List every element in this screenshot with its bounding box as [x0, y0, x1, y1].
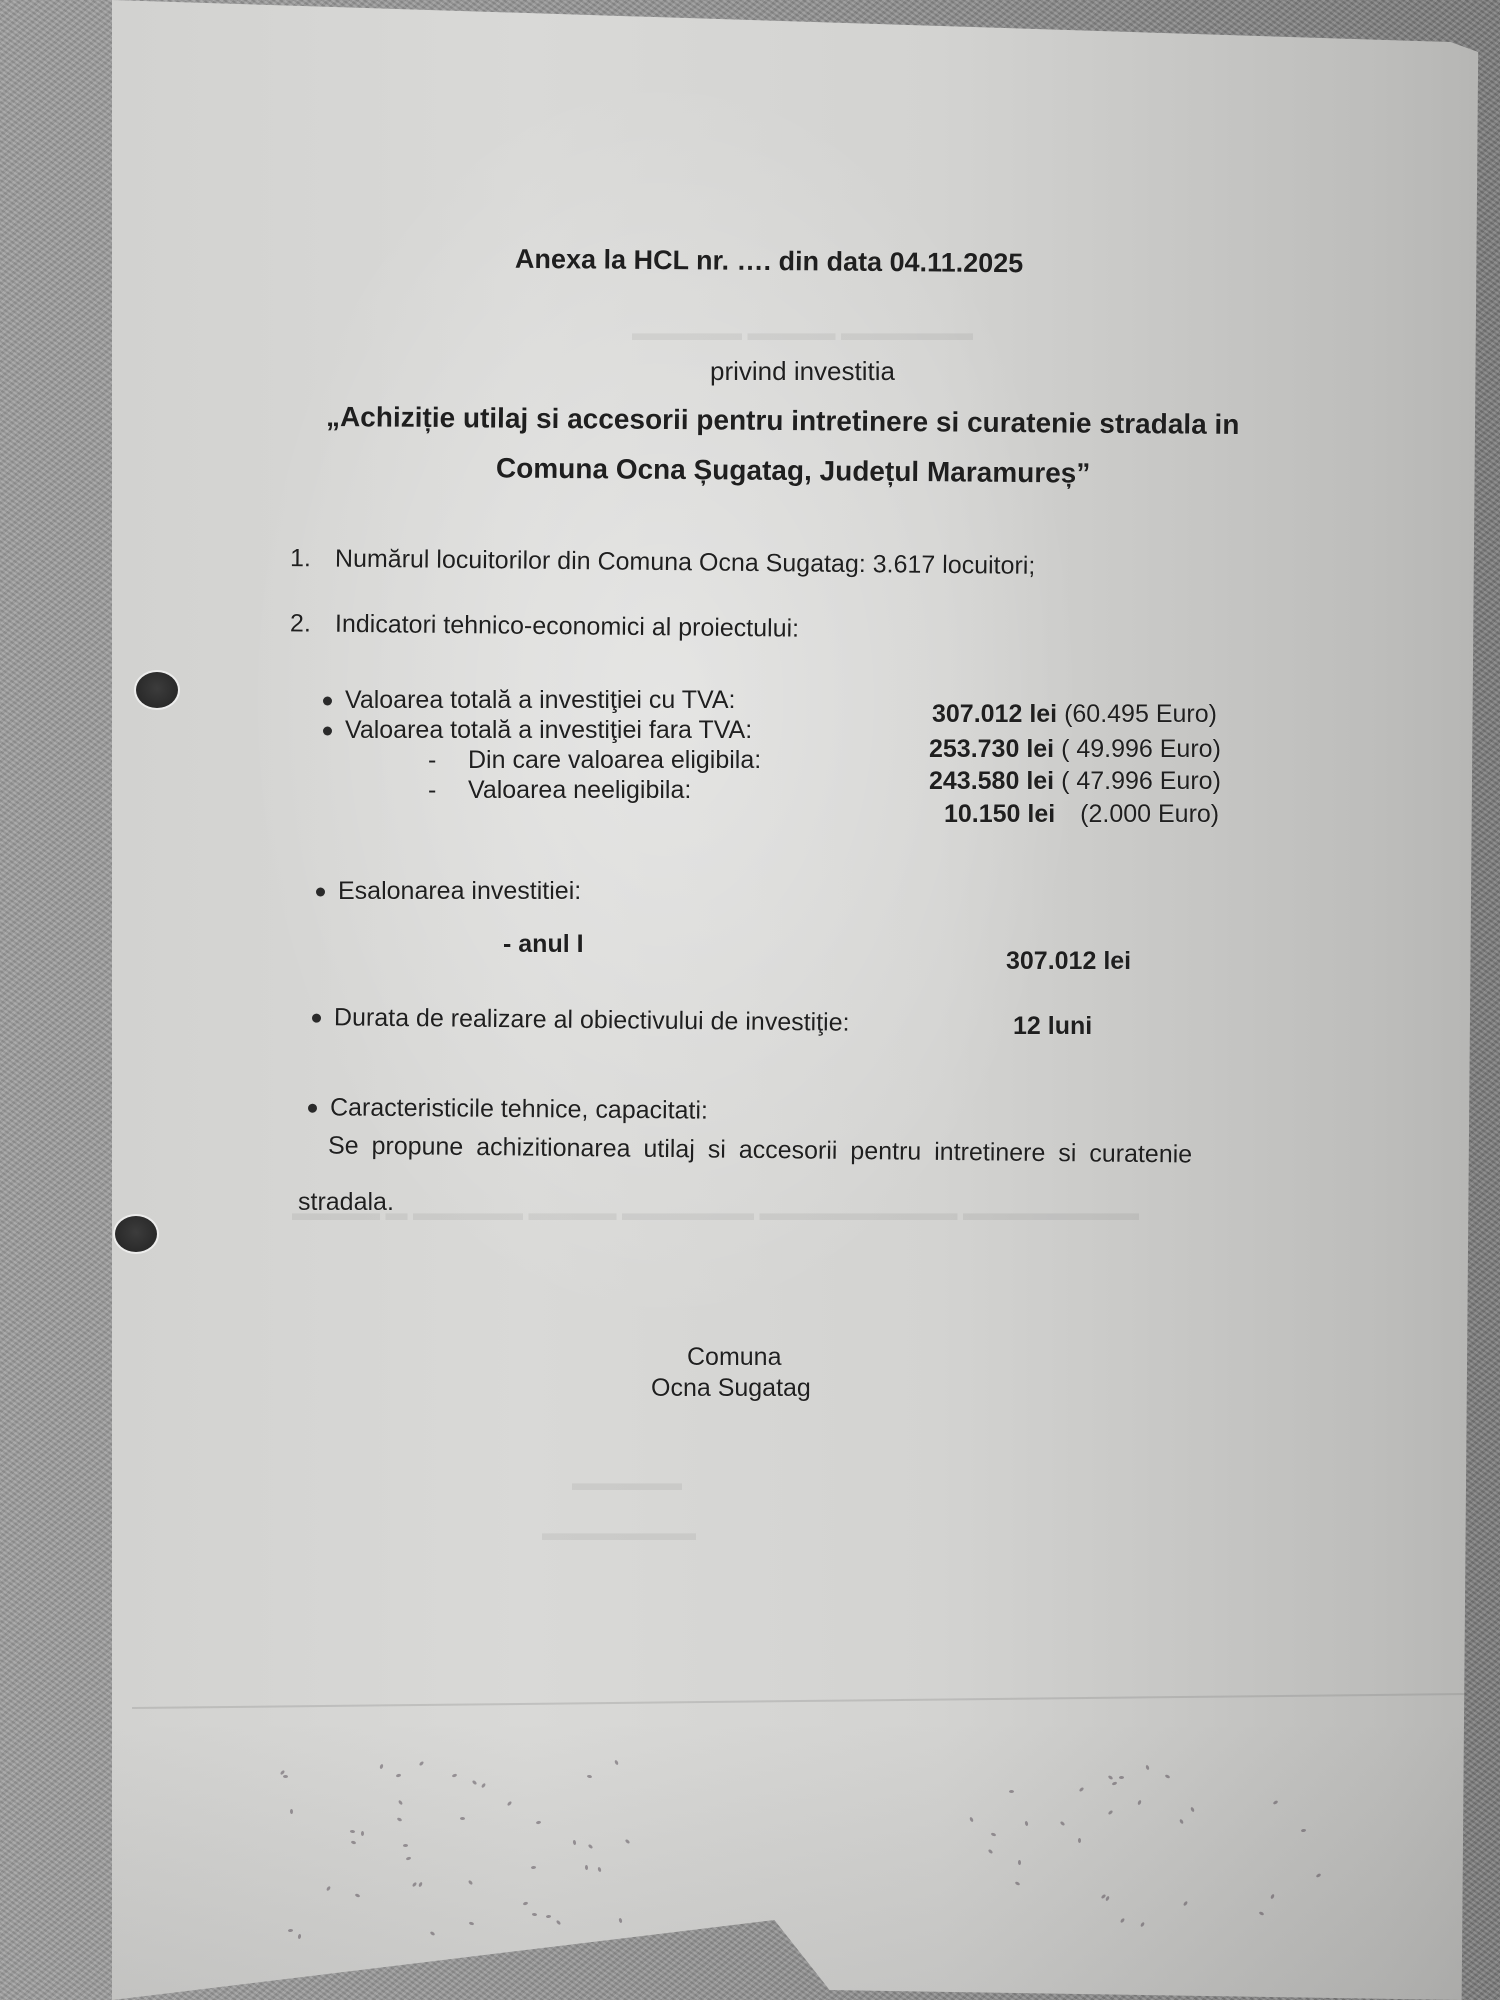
signature-line-1: Comuna	[687, 1343, 782, 1372]
document-content: Anexa la HCL nr. …. din data 04.11.2025 …	[0, 0, 1500, 2000]
project-name-line-1: „Achiziție utilaj si accesorii pentru in…	[326, 401, 1240, 441]
numbered-item: 1. Numărul locuitorilor din Comuna Ocna …	[290, 544, 1036, 581]
duration-text: Durata de realizare al obiectivului de i…	[334, 1003, 850, 1036]
indicator-value: 10.150 lei (2.000 Euro)	[944, 800, 1219, 829]
numbered-item: 2. Indicatori tehnico-economici al proie…	[290, 609, 799, 643]
value-eur: (2.000 Euro)	[1080, 800, 1219, 828]
item-number: 2.	[290, 609, 328, 638]
value-lei: 10.150 lei	[944, 800, 1055, 828]
duration-value: 12 luni	[1013, 1012, 1092, 1041]
dash-marker: -	[428, 776, 436, 805]
technical-paragraph-line-2: stradala.	[298, 1188, 394, 1217]
indicator-total-with-vat: Valoarea totală a investiţiei cu TVA:	[345, 686, 736, 715]
value-lei: 307.012 lei	[932, 700, 1057, 728]
value-lei: 243.580 lei	[929, 767, 1054, 795]
signature-line-2: Ocna Sugatag	[651, 1374, 811, 1403]
value-lei: 253.730 lei	[929, 735, 1054, 763]
indicators-heading: Indicatori tehnico-economici al proiectu…	[335, 610, 799, 643]
project-name-line-2: Comuna Ocna Șugatag, Județul Maramureș”	[496, 452, 1091, 489]
scheduling-year: - anul I	[503, 930, 584, 959]
indicator-eligible: - Din care valoarea eligibila:	[468, 746, 761, 775]
value-eur: ( 47.996 Euro)	[1061, 767, 1221, 795]
indicator-value: 253.730 lei ( 49.996 Euro)	[929, 735, 1221, 764]
scheduling-year-value: 307.012 lei	[1006, 947, 1131, 976]
duration-label: Durata de realizare al obiectivului de i…	[334, 1003, 850, 1037]
indicator-value: 307.012 lei (60.495 Euro)	[932, 700, 1217, 729]
item-number: 1.	[290, 544, 328, 573]
scheduling-label: Esalonarea investitiei:	[338, 877, 581, 906]
document-subtitle: privind investitia	[710, 356, 895, 387]
indicator-ineligible: - Valoarea neeligibila:	[468, 776, 691, 805]
technical-paragraph-line-1: Se propune achizitionarea utilaj si acce…	[328, 1131, 1192, 1169]
value-eur: (60.495 Euro)	[1064, 700, 1217, 728]
indicator-label: Din care valoarea eligibila:	[468, 746, 761, 774]
indicator-label: Valoarea totală a investiţiei cu TVA:	[345, 686, 736, 714]
dash-marker: -	[428, 746, 436, 775]
indicator-total-without-vat: Valoarea totală a investiţiei fara TVA:	[345, 716, 752, 745]
indicator-label: Valoarea neeligibila:	[468, 776, 691, 804]
indicator-label: Valoarea totală a investiţiei fara TVA:	[345, 716, 752, 744]
document-title: Anexa la HCL nr. …. din data 04.11.2025	[515, 244, 1023, 279]
population-text: Numărul locuitorilor din Comuna Ocna Sug…	[335, 545, 1036, 580]
technical-text: Caracteristicile tehnice, capacitati:	[330, 1093, 708, 1124]
technical-label: Caracteristicile tehnice, capacitati:	[330, 1093, 708, 1125]
value-eur: ( 49.996 Euro)	[1061, 735, 1221, 763]
scheduling-text: Esalonarea investitiei:	[338, 877, 581, 905]
indicator-value: 243.580 lei ( 47.996 Euro)	[929, 767, 1221, 796]
